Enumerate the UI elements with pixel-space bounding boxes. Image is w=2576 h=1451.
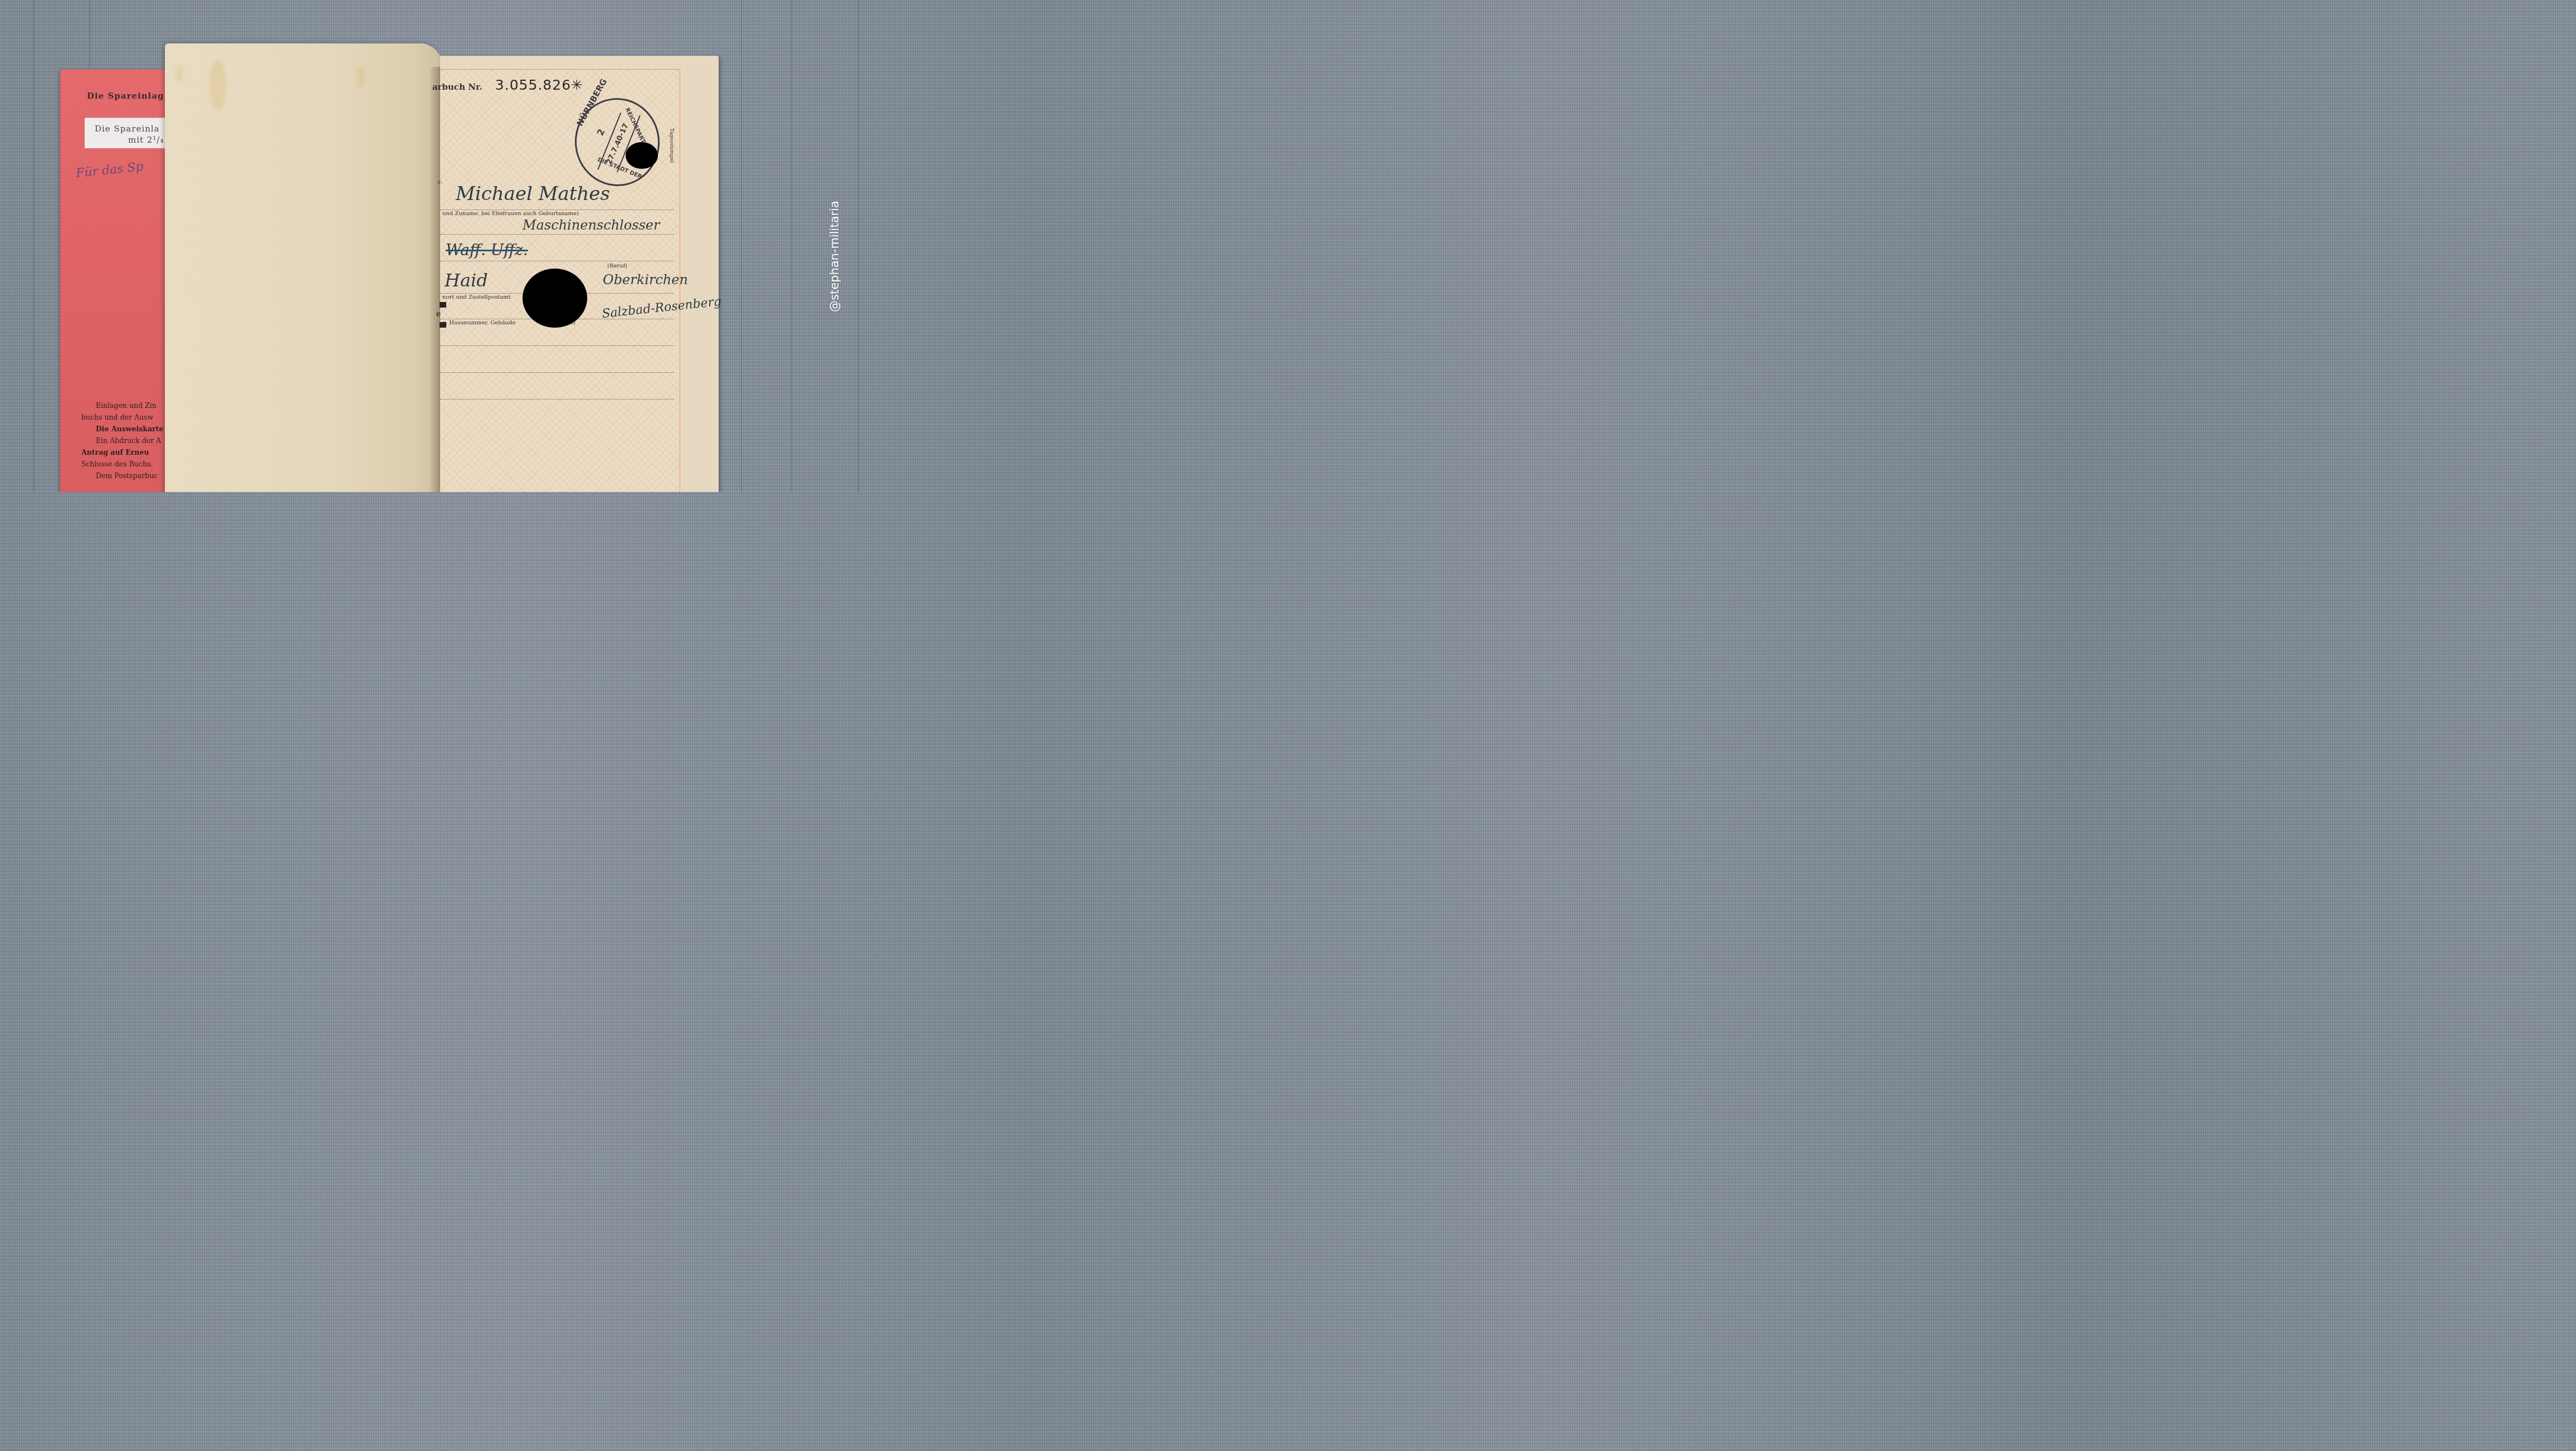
- field-line: [440, 399, 674, 400]
- field-line: [440, 345, 674, 346]
- watermark-text: @stephan-militaria: [828, 178, 850, 312]
- field-line: [440, 210, 674, 210]
- struck-entry: Waff. Uffz.: [446, 241, 528, 259]
- label-line-2: mit 2¹/₄: [128, 135, 164, 145]
- owner-caption: und Zuname, bei Ehefrauen auch Geburtsna…: [442, 211, 579, 217]
- label-line-1: Die Spareinla: [95, 124, 160, 134]
- body-line: Dem Postsparbuc: [81, 470, 163, 481]
- book-number-label: arbuch Nr.: [432, 82, 482, 92]
- field-line: [440, 372, 674, 373]
- book-number-row: arbuch Nr. 3.055.826✳: [432, 77, 583, 93]
- field-line: [440, 234, 674, 235]
- redaction-dot: [523, 269, 587, 328]
- profession-caption: (Beruf): [607, 263, 627, 269]
- age-stain: [209, 60, 226, 110]
- body-line: Einlagen und Zin: [81, 400, 163, 411]
- edge-tab: [440, 322, 446, 328]
- body-line: Antrag auf Erneu: [81, 446, 163, 458]
- residence: Haid: [445, 270, 488, 291]
- red-booklet-handwriting: Für das Sp: [75, 160, 144, 181]
- residence-caption: nort und Zustellpostamt: [442, 294, 511, 300]
- postmark-office-number: 2: [595, 128, 607, 138]
- edge-tab: [440, 302, 446, 308]
- field-line: [440, 261, 674, 261]
- right-form-page: arbuch Nr. 3.055.826✳ Tagesstempel NÜRNB…: [440, 56, 719, 492]
- profession: Maschinenschlosser: [523, 217, 660, 233]
- red-booklet-header: Die Spareinlag: [87, 91, 164, 101]
- stamp-box-label: Tagesstempel: [669, 128, 674, 163]
- body-line: buchs und der Ausw: [81, 411, 163, 423]
- body-line: Die Ausweiskarte: [81, 423, 163, 435]
- body-line: Schlusse des Buchs.: [81, 458, 163, 470]
- fabric-fold: [33, 0, 35, 492]
- owner-prefix: r:: [438, 179, 442, 186]
- red-booklet-body-text: Einlagen und Zin buchs und der Ausw Die …: [81, 400, 163, 481]
- age-stain: [176, 66, 183, 82]
- fabric-fold: [791, 0, 792, 492]
- edge-letter: e: [436, 310, 441, 319]
- book-number: 3.055.826✳: [495, 77, 583, 93]
- body-line: Ein Abdruck der A: [81, 435, 163, 446]
- left-blank-page: [165, 43, 442, 492]
- fabric-fold: [858, 0, 859, 492]
- owner-name: Michael Mathes: [456, 183, 610, 205]
- redaction-dot: [626, 142, 658, 169]
- age-stain: [357, 66, 365, 88]
- fabric-fold: [741, 0, 742, 492]
- residence-continued: Oberkirchen: [603, 272, 688, 288]
- address-caption: e, Hausnummer, Gebäude: [442, 320, 515, 326]
